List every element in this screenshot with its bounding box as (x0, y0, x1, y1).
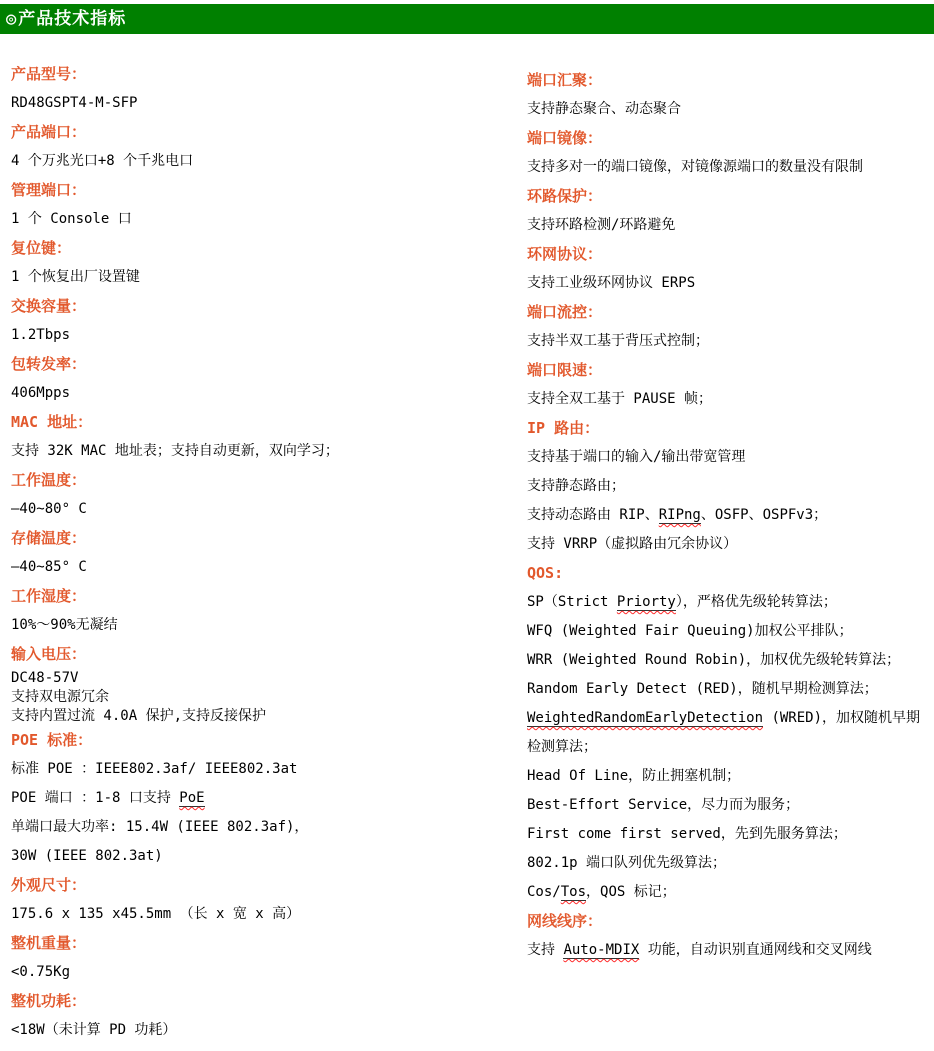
spec-line: 支持静态路由； (527, 472, 934, 501)
text-segment: 支持 VRRP（虚拟路由冗余协议） (527, 536, 737, 552)
section-heading: 管理端口： (11, 176, 467, 205)
text-segment: 支持内置过流 4.0A 保护,支持反接保护 (11, 708, 266, 724)
text-segment: 支持环路检测/环路避免 (527, 217, 675, 233)
spec-line: —40~85° C (11, 553, 467, 582)
text-segment: 支持多对一的端口镜像，对镜像源端口的数量没有限制 (527, 159, 863, 175)
misspelled-word: Tos (561, 884, 586, 901)
section-heading: 产品型号： (11, 60, 467, 89)
spec-line: 支持基于端口的输入/输出带宽管理 (527, 443, 934, 472)
text-segment: 406Mpps (11, 385, 70, 401)
spec-line: 支持环路检测/环路避免 (527, 211, 934, 240)
spec-line: WeightedRandomEarlyDetection (WRED)，加权随机… (527, 704, 934, 733)
spec-line: 802.1p 端口队列优先级算法； (527, 849, 934, 878)
spec-column-right: 端口汇聚：支持静态聚合、动态聚合端口镜像：支持多对一的端口镜像，对镜像源端口的数… (467, 60, 934, 965)
spec-line: 单端口最大功率: 15.4W (IEEE 802.3af)， (11, 813, 467, 842)
section-heading: 端口汇聚： (527, 66, 934, 95)
text-segment: 支持工业级环网协议 ERPS (527, 275, 695, 291)
spec-line: 支持多对一的端口镜像，对镜像源端口的数量没有限制 (527, 153, 934, 182)
spec-column-left: 产品型号：RD48GSPT4-M-SFP产品端口：4 个万兆光口+8 个千兆电口… (0, 60, 467, 1045)
text-segment: Cos/ (527, 884, 561, 900)
spec-line: 10%～90%无凝结 (11, 611, 467, 640)
spec-line: —40~80° C (11, 495, 467, 524)
section-heading: 交换容量： (11, 292, 467, 321)
text-segment: Random Early Detect (RED)，随机早期检测算法； (527, 681, 878, 697)
spec-line: <0.75Kg (11, 958, 467, 987)
spec-line: WRR (Weighted Round Robin)，加权优先级轮转算法； (527, 646, 934, 675)
text-segment: 802.1p 端口队列优先级算法； (527, 855, 726, 871)
spec-line: 支持双电源冗余 (11, 688, 467, 707)
text-segment: DC48-57V (11, 670, 78, 686)
text-segment: WRR (Weighted Round Robin)，加权优先级轮转算法； (527, 652, 900, 668)
circled-bullet-icon: ◎ (6, 9, 17, 29)
spec-line: Cos/Tos，QOS 标记； (527, 878, 934, 907)
text-segment: 支持半双工基于背压式控制； (527, 333, 709, 349)
text-segment: ），严格优先级轮转算法； (676, 594, 837, 610)
spec-line: 1 个恢复出厂设置键 (11, 263, 467, 292)
section-heading: 工作温度： (11, 466, 467, 495)
text-segment: Head Of Line，防止拥塞机制； (527, 768, 740, 784)
section-heading: 端口镜像： (527, 124, 934, 153)
text-segment: 检测算法； (527, 739, 597, 755)
text-segment: 1.2Tbps (11, 327, 70, 343)
text-segment: ，QOS 标记； (586, 884, 676, 900)
spec-line: 支持 32K MAC 地址表；支持自动更新，双向学习； (11, 437, 467, 466)
spec-columns: 产品型号：RD48GSPT4-M-SFP产品端口：4 个万兆光口+8 个千兆电口… (0, 34, 934, 1045)
spec-line: 支持内置过流 4.0A 保护,支持反接保护 (11, 707, 467, 726)
spec-line: DC48-57V (11, 669, 467, 688)
spec-line: 检测算法； (527, 733, 934, 762)
text-segment: 标准 POE ：IEEE802.3af/ IEEE802.3at (11, 761, 297, 777)
text-segment: 175.6 x 135 x45.5mm （长 x 宽 x 高） (11, 906, 300, 922)
section-heading: QOS: (527, 559, 934, 588)
text-segment: 单端口最大功率: 15.4W (IEEE 802.3af)， (11, 819, 308, 835)
misspelled-word: Priorty (617, 594, 676, 611)
text-segment: (WRED)，加权随机早期 (763, 710, 920, 726)
text-segment: 功能，自动识别直通网线和交叉网线 (639, 942, 871, 958)
section-heading: 端口限速： (527, 356, 934, 385)
spec-line: POE 端口 ：1-8 口支持 PoE (11, 784, 467, 813)
page-title-bar: ◎产品技术指标 (0, 4, 934, 34)
spec-line: 支持全双工基于 PAUSE 帧； (527, 385, 934, 414)
text-segment: 10%～90%无凝结 (11, 617, 118, 633)
text-segment: <18W（未计算 PD 功耗） (11, 1022, 176, 1038)
spec-line: Best-Effort Service，尽力而为服务； (527, 791, 934, 820)
text-segment: 4 个万兆光口+8 个千兆电口 (11, 153, 193, 169)
spec-line: 1 个 Console 口 (11, 205, 467, 234)
text-segment: 支持 32K MAC 地址表；支持自动更新，双向学习； (11, 443, 339, 459)
text-segment: 支持静态路由； (527, 478, 625, 494)
text-segment: 支持双电源冗余 (11, 689, 109, 705)
spec-line: 支持 VRRP（虚拟路由冗余协议） (527, 530, 934, 559)
text-segment: 1 个 Console 口 (11, 211, 132, 227)
spec-line: 支持半双工基于背压式控制； (527, 327, 934, 356)
text-segment: —40~85° C (11, 559, 87, 575)
misspelled-word: PoE (179, 790, 204, 807)
spec-line: Random Early Detect (RED)，随机早期检测算法； (527, 675, 934, 704)
text-segment: 支持静态聚合、动态聚合 (527, 101, 681, 117)
section-heading: 输入电压： (11, 640, 467, 669)
spec-line: First come first served，先到先服务算法； (527, 820, 934, 849)
text-segment: 支持全双工基于 PAUSE 帧； (527, 391, 712, 407)
section-heading: 端口流控： (527, 298, 934, 327)
text-segment: Best-Effort Service，尽力而为服务； (527, 797, 799, 813)
section-heading: 环路保护： (527, 182, 934, 211)
section-heading: 网线线序： (527, 907, 934, 936)
text-segment: 30W (IEEE 802.3at) (11, 848, 163, 864)
misspelled-word: WeightedRandomEarlyDetection (527, 710, 763, 727)
spec-line: 支持工业级环网协议 ERPS (527, 269, 934, 298)
text-segment: POE 端口 ：1-8 口支持 (11, 790, 179, 806)
page-title: 产品技术指标 (18, 9, 126, 29)
section-heading: 包转发率： (11, 350, 467, 379)
spec-line: 支持 Auto-MDIX 功能，自动识别直通网线和交叉网线 (527, 936, 934, 965)
text-segment: 、OSFP、OSPFv3； (701, 507, 827, 523)
spec-line: 175.6 x 135 x45.5mm （长 x 宽 x 高） (11, 900, 467, 929)
section-heading: IP 路由： (527, 414, 934, 443)
section-heading: 环网协议： (527, 240, 934, 269)
section-heading: 产品端口： (11, 118, 467, 147)
spec-line: 支持动态路由 RIP、RIPng、OSFP、OSPFv3； (527, 501, 934, 530)
text-segment: First come first served，先到先服务算法； (527, 826, 847, 842)
section-heading: MAC 地址： (11, 408, 467, 437)
section-heading: 整机功耗： (11, 987, 467, 1016)
section-heading: 整机重量： (11, 929, 467, 958)
misspelled-word: RIPng (659, 507, 701, 524)
spec-line: Head Of Line，防止拥塞机制； (527, 762, 934, 791)
text-segment: WFQ (Weighted Fair Queuing)加权公平排队； (527, 623, 853, 639)
misspelled-word: Auto-MDIX (563, 942, 639, 959)
section-heading: POE 标准： (11, 726, 467, 755)
text-segment: 支持 (527, 942, 563, 958)
text-segment: RD48GSPT4-M-SFP (11, 95, 137, 111)
spec-line: SP（Strict Priorty），严格优先级轮转算法； (527, 588, 934, 617)
spec-line: 4 个万兆光口+8 个千兆电口 (11, 147, 467, 176)
text-segment: —40~80° C (11, 501, 87, 517)
text-segment: 1 个恢复出厂设置键 (11, 269, 140, 285)
section-heading: 存储温度： (11, 524, 467, 553)
spec-line: WFQ (Weighted Fair Queuing)加权公平排队； (527, 617, 934, 646)
section-heading: 工作湿度： (11, 582, 467, 611)
spec-line: 1.2Tbps (11, 321, 467, 350)
text-segment: 支持基于端口的输入/输出带宽管理 (527, 449, 745, 465)
text-segment: SP（Strict (527, 594, 617, 610)
spec-line: 标准 POE ：IEEE802.3af/ IEEE802.3at (11, 755, 467, 784)
spec-line: 支持静态聚合、动态聚合 (527, 95, 934, 124)
section-heading: 复位键： (11, 234, 467, 263)
text-segment: <0.75Kg (11, 964, 70, 980)
text-segment: 支持动态路由 RIP、 (527, 507, 659, 523)
section-heading: 外观尺寸： (11, 871, 467, 900)
spec-line: 406Mpps (11, 379, 467, 408)
spec-line: 30W (IEEE 802.3at) (11, 842, 467, 871)
spec-line: <18W（未计算 PD 功耗） (11, 1016, 467, 1045)
spec-line: RD48GSPT4-M-SFP (11, 89, 467, 118)
